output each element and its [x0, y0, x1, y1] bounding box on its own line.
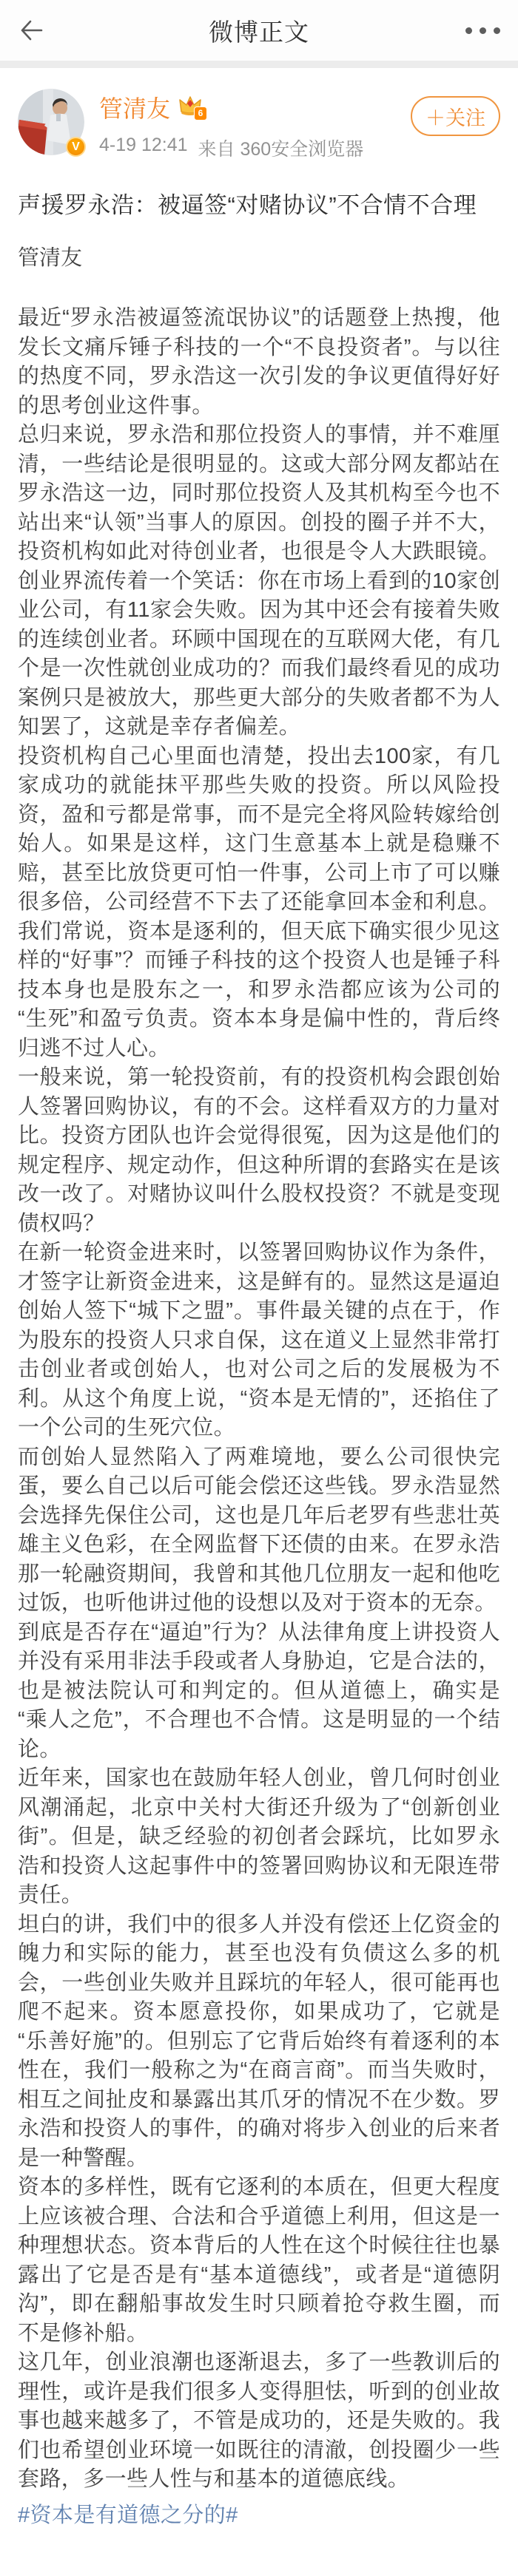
post-meta: 4-19 12:41 来自 360安全浏览器 — [99, 135, 411, 161]
nav-bar: 微博正文 — [0, 0, 518, 61]
article-content: 声援罗永浩：被逼签“对赌协议”不合情不合理 管清友 最近“罗永浩被逼签流氓协议”… — [0, 189, 518, 2576]
paragraph: 最近“罗永浩被逼签流氓协议”的话题登上热搜，他发长文痛斥锤子科技的一个“不良投资… — [18, 304, 500, 421]
more-menu-button[interactable] — [464, 20, 502, 41]
paragraph: 而创始人显然陷入了两难境地，要么公司很快完蛋，要么自己以后可能会偿还这些钱。罗永… — [18, 1443, 500, 1619]
author-header: V 管清友 6 4-19 12:41 来自 360安全浏览器 ＋关注 — [0, 68, 518, 161]
paragraph: 资本的多样性，既有它逐利的本质在，但更大程度上应该被合理、合法和合乎道德上利用，… — [18, 2173, 500, 2348]
paragraph: 投资机构自己心里面也清楚，投出去100家，有几家成功的就能抹平那些失败的投资。所… — [18, 742, 500, 1064]
username-link[interactable]: 管清友 — [99, 90, 170, 124]
article-byline: 管清友 — [18, 244, 500, 273]
ellipsis-icon — [465, 27, 472, 34]
paragraph: 近年来，国家也在鼓励年轻人创业，曾几何时创业风潮涌起，北京中关村大街还升级为了“… — [18, 1764, 500, 1911]
paragraph: 这几年，创业浪潮也逐渐退去，多了一些教训后的理性，或许是我们很多人变得胆怯，听到… — [18, 2348, 500, 2495]
back-arrow-icon — [16, 16, 46, 45]
follow-button[interactable]: ＋关注 — [411, 96, 500, 136]
hashtag-link[interactable]: #资本是有道德之分的# — [18, 2499, 238, 2532]
article-body: 最近“罗永浩被逼签流氓协议”的话题登上热搜，他发长文痛斥锤子科技的一个“不良投资… — [18, 304, 500, 2495]
back-button[interactable] — [16, 14, 49, 47]
vip-level-badge: 6 — [194, 106, 207, 121]
article-title: 声援罗永浩：被逼签“对赌协议”不合情不合理 — [18, 189, 500, 222]
timestamp: 4-19 12:41 — [99, 135, 188, 161]
author-info: 管清友 6 4-19 12:41 来自 360安全浏览器 — [99, 89, 411, 161]
paragraph: 到底是否存在“逼迫”行为？从法律角度上讲投资人并没有采用非法手段或者人身胁迫，它… — [18, 1619, 500, 1765]
verified-badge-icon: V — [66, 137, 86, 157]
paragraph: 一般来说，第一轮投资前，有的投资机构会跟创始人签署回购协议，有的不会。这样看双方… — [18, 1063, 500, 1238]
avatar[interactable]: V — [18, 89, 84, 155]
post-source: 来自 360安全浏览器 — [198, 135, 364, 161]
weibo-article-page: 微博正文 — [0, 0, 518, 2576]
vip-crown-icon: 6 — [178, 94, 207, 121]
paragraph: 总归来说，罗永浩和那位投资人的事情，并不难厘清，一些结论是很明显的。这或大部分网… — [18, 421, 500, 742]
page-title: 微博正文 — [105, 13, 413, 48]
paragraph: 坦白的讲，我们中的很多人并没有偿还上亿资金的魄力和实际的能力，甚至也没有负债这么… — [18, 1911, 500, 2174]
paragraph: 在新一轮资金进来时，以签署回购协议作为条件，才签字让新资金进来，这是鲜有的。显然… — [18, 1238, 500, 1443]
nav-divider — [0, 61, 518, 68]
